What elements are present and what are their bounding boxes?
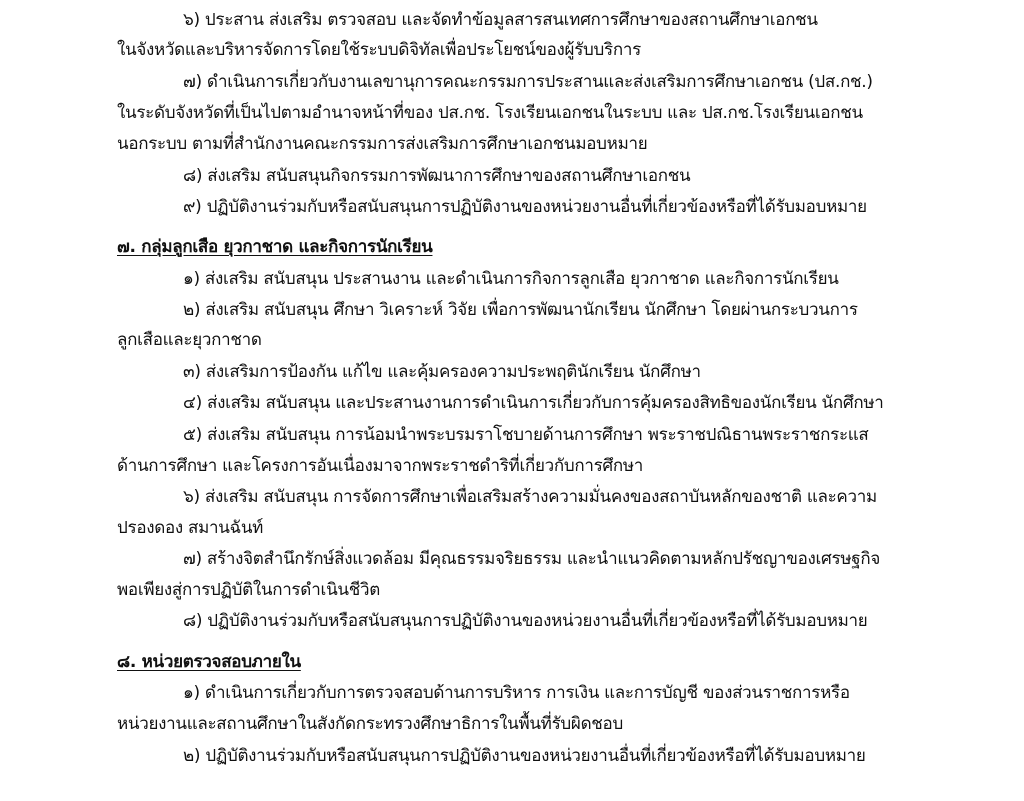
s7-item1-line1: ๑) ส่งเสริม สนับสนุน ประสานงาน และดำเนิน… bbox=[183, 264, 839, 294]
s7-item7-line2: พอเพียงสู่การปฏิบัติในการดำเนินชีวิต bbox=[117, 575, 380, 605]
s7-item7-line1: ๗) สร้างจิตสำนึกรักษ์สิ่งแวดล้อม มีคุณธร… bbox=[183, 544, 880, 574]
s7-item8-line1: ๘) ปฏิบัติงานร่วมกับหรือสนับสนุนการปฏิบั… bbox=[183, 606, 867, 636]
section7-heading: ๗. กลุ่มลูกเสือ ยุวกาชาด และกิจการนักเรี… bbox=[117, 232, 432, 262]
s7-item6-line2: ปรองดอง สมานฉันท์ bbox=[117, 513, 263, 543]
s6-item6-line1: ๖) ประสาน ส่งเสริม ตรวจสอบ และจัดทำข้อมู… bbox=[183, 5, 818, 35]
s6-item8-line1: ๘) ส่งเสริม สนับสนุนกิจกรรมการพัฒนาการศึ… bbox=[183, 161, 690, 191]
s6-item9-line1: ๙) ปฏิบัติงานร่วมกับหรือสนับสนุนการปฏิบั… bbox=[183, 192, 867, 222]
s6-item7-line3: นอกระบบ ตามที่สำนักงานคณะกรรมการส่งเสริม… bbox=[117, 129, 647, 159]
s7-item5-line1: ๕) ส่งเสริม สนับสนุน การน้อมนำพระบรมราโช… bbox=[183, 420, 869, 450]
s6-item7-line1: ๗) ดำเนินการเกี่ยวกับงานเลขานุการคณะกรรม… bbox=[183, 67, 873, 97]
s6-item7-line2: ในระดับจังหวัดที่เป็นไปตามอำนาจหน้าที่ขอ… bbox=[117, 98, 863, 128]
s7-item5-line2: ด้านการศึกษา และโครงการอันเนื่องมาจากพระ… bbox=[117, 451, 643, 481]
s7-item2-line1: ๒) ส่งเสริม สนับสนุน ศึกษา วิเคราะห์ วิจ… bbox=[183, 295, 858, 325]
s8-item1-line1: ๑) ดำเนินการเกี่ยวกับการตรวจสอบด้านการบร… bbox=[183, 678, 850, 708]
section8-heading: ๘. หน่วยตรวจสอบภายใน bbox=[117, 647, 301, 677]
s7-item3-line1: ๓) ส่งเสริมการป้องกัน แก้ไข และคุ้มครองค… bbox=[183, 357, 701, 387]
s7-item2-line2: ลูกเสือและยุวกาชาด bbox=[117, 325, 262, 355]
s7-item6-line1: ๖) ส่งเสริม สนับสนุน การจัดการศึกษาเพื่อ… bbox=[183, 482, 877, 512]
s7-item4-line1: ๔) ส่งเสริม สนับสนุน และประสานงานการดำเน… bbox=[183, 388, 884, 418]
s8-item2-line1: ๒) ปฏิบัติงานร่วมกับหรือสนับสนุนการปฏิบั… bbox=[183, 741, 866, 771]
s8-item1-line2: หน่วยงานและสถานศึกษาในสังกัดกระทรวงศึกษา… bbox=[117, 709, 623, 739]
s6-item6-line2: ในจังหวัดและบริหารจัดการโดยใช้ระบบดิจิทั… bbox=[117, 35, 641, 65]
